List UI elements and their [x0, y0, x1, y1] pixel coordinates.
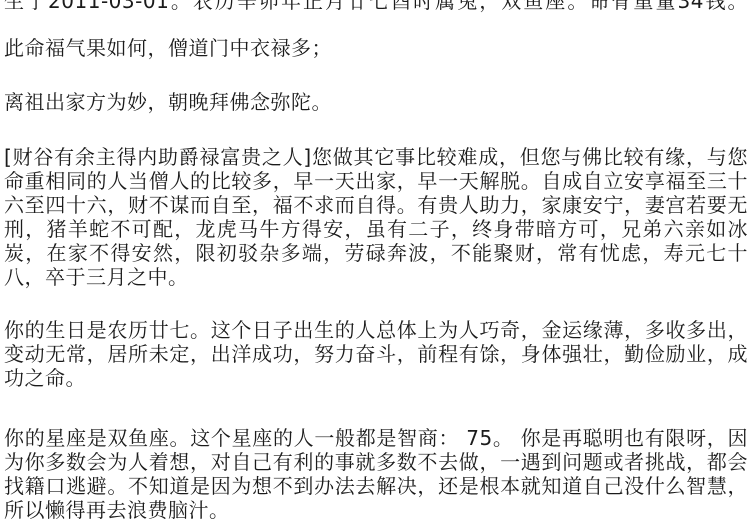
text-line: 此命福气果如何，僧道门中衣禄多；: [4, 36, 748, 60]
text-line: 刑，猪羊蛇不可配，龙虎马牛方得安，虽有二子，终身带暗方可，兄弟六亲如冰: [4, 217, 748, 241]
text-line: 找籍口逃避。不知道是因为想不到办法去解决，还是根本就知道自己没什么智慧，: [4, 474, 748, 498]
paragraph-birth-info: 生于2011-03-01。农历辛卯年正月廿七酉时属兔，双鱼座。命骨重量34钱。: [4, 0, 748, 13]
fortune-text-page: 生于2011-03-01。农历辛卯年正月廿七酉时属兔，双鱼座。命骨重量34钱。 …: [0, 0, 750, 500]
text-line: 你的生日是农历廿七。这个日子出生的人总体上为人巧奇，金运缘薄，多收多出，: [4, 318, 748, 342]
text-line: 八，卒于三月之中。: [4, 265, 748, 289]
paragraph-verse-1: 此命福气果如何，僧道门中衣禄多；: [4, 36, 748, 60]
text-line: 离祖出家方为妙，朝晚拜佛念弥陀。: [4, 90, 748, 114]
text-line: 功之命。: [4, 366, 748, 390]
text-line: 炭，在家不得安然，限初驳杂多端，劳碌奔波，不能聚财，常有忧虑，寿元七十: [4, 241, 748, 265]
text-line: 生于2011-03-01。农历辛卯年正月廿七酉时属兔，双鱼座。命骨重量34钱。: [4, 0, 748, 13]
paragraph-verse-2: 离祖出家方为妙，朝晚拜佛念弥陀。: [4, 90, 748, 114]
text-line: 命重相同的人当僧人的比较多，早一天出家，早一天解脱。自成自立安享福至三十: [4, 169, 748, 193]
text-line: [财谷有余主得内助爵禄富贵之人]您做其它事比较难成，但您与佛比较有缘，与您: [4, 145, 748, 169]
text-line: 你的星座是双鱼座。这个星座的人一般都是智商： 75。 你是再聪明也有限呀，因: [4, 426, 748, 450]
text-line: 六至四十六，财不谋而自至，福不求而自得。有贵人助力，家康安宁，妻宫若要无: [4, 193, 748, 217]
paragraph-bone-weight-reading: [财谷有余主得内助爵禄富贵之人]您做其它事比较难成，但您与佛比较有缘，与您 命重…: [4, 145, 748, 289]
paragraph-birthday-reading: 你的生日是农历廿七。这个日子出生的人总体上为人巧奇，金运缘薄，多收多出， 变动无…: [4, 318, 748, 390]
text-line: 为你多数会为人着想，对自己有利的事就多数不去做，一遇到问题或者挑战，都会: [4, 450, 748, 474]
paragraph-zodiac-reading: 你的星座是双鱼座。这个星座的人一般都是智商： 75。 你是再聪明也有限呀，因 为…: [4, 426, 748, 500]
text-line: 变动无常，居所未定，出洋成功，努力奋斗，前程有馀，身体强壮，勤俭励业，成: [4, 342, 748, 366]
